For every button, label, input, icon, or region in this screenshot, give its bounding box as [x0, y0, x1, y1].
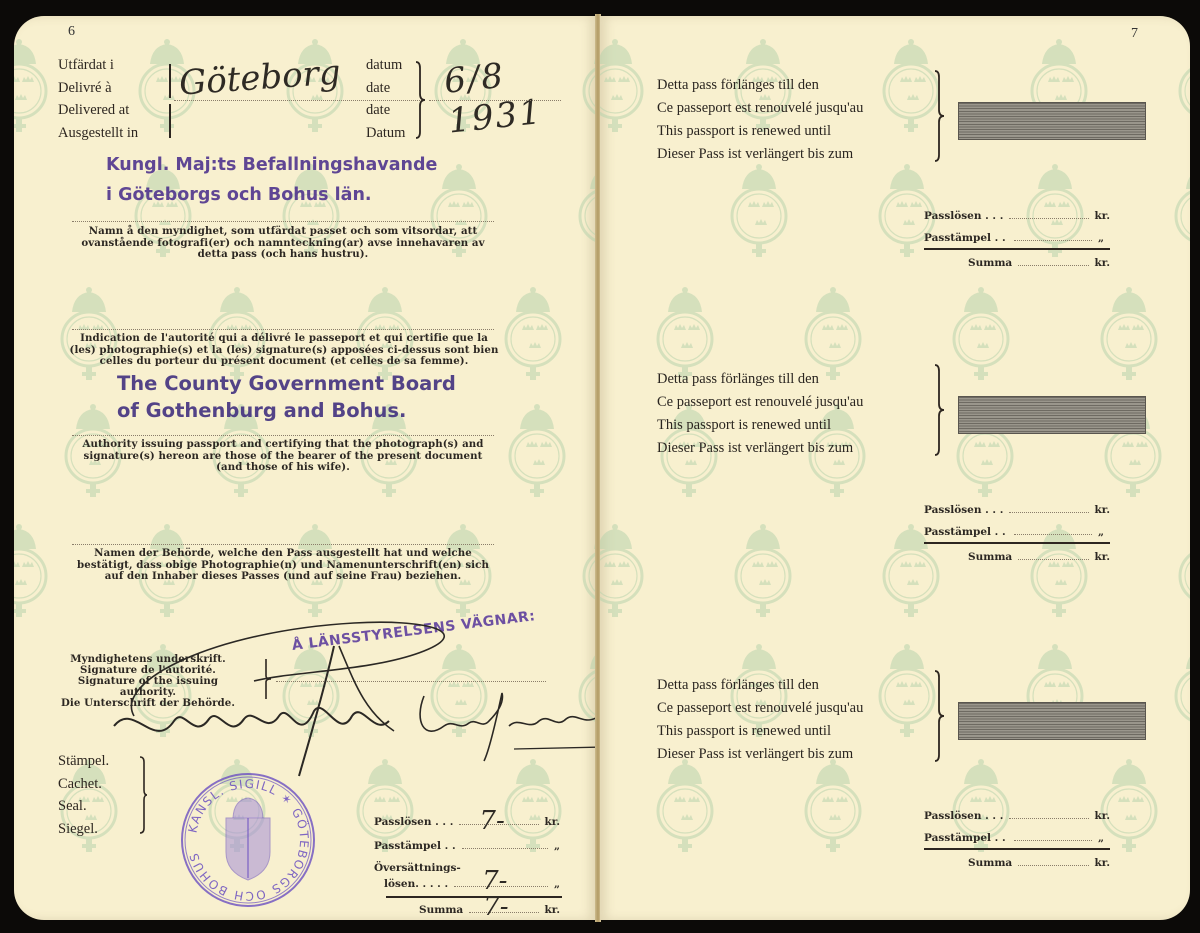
- fee-unit: „: [1098, 832, 1104, 844]
- fee-unit: kr.: [1095, 857, 1111, 869]
- page-number: 7: [1131, 26, 1138, 42]
- renewal-text: Detta pass förlänges till den Ce passepo…: [657, 74, 863, 166]
- crown-watermark-icon: [502, 401, 572, 511]
- fee-unit: kr.: [545, 904, 561, 916]
- caption-fr: Indication de l'autorité qui a délivré l…: [68, 333, 500, 368]
- dotted-line: [72, 329, 494, 330]
- fee-dots: [1009, 218, 1088, 219]
- date-label-en: date: [366, 99, 405, 122]
- fee-unit: kr.: [1095, 257, 1111, 269]
- fee-dots: [1014, 840, 1092, 841]
- fee-label: Passlösen . . .: [924, 810, 1003, 822]
- seal-label: Cachet.: [58, 773, 109, 796]
- fee-unit: „: [554, 878, 560, 890]
- sum-rule: [924, 248, 1110, 250]
- fee-label: Passlösen . . .: [374, 816, 453, 828]
- fee-dots: [1014, 534, 1092, 535]
- renewal-block-1: Detta pass förlänges till den Ce passepo…: [600, 74, 1190, 294]
- renewal-line-fr: Ce passeport est renouvelé jusqu'au: [657, 391, 863, 414]
- renewal-line-de: Dieser Pass ist verlängert bis zum: [657, 743, 863, 766]
- renewal-line-fr: Ce passeport est renouvelé jusqu'au: [657, 97, 863, 120]
- caption-de: Namen der Behörde, welche den Pass ausge…: [66, 548, 500, 583]
- fee-label: Passtämpel . .: [374, 840, 456, 852]
- fee-label: lösen. . . . .: [384, 878, 448, 890]
- fee-dots: [1018, 865, 1088, 866]
- fee-row-summa: Summa 7- kr.: [419, 904, 560, 916]
- stamp-line: of Gothenburg and Bohus.: [117, 397, 456, 424]
- renewal-brace: [933, 670, 945, 762]
- issued-label-de: Ausgestellt in: [58, 122, 138, 145]
- signature-2: Erik Åkerlund: [414, 706, 421, 707]
- fee-label: Summa: [419, 904, 463, 916]
- fee-row-passtampel: Passtämpel . . „: [374, 840, 560, 852]
- fee-dots: [1018, 559, 1088, 560]
- fee-dots: 7-: [459, 824, 538, 825]
- renewal-date-field[interactable]: [958, 102, 1146, 140]
- fee-row-passtampel: Passtämpel . . „: [924, 232, 1110, 244]
- authority-stamp-sv: Kungl. Maj:ts Befallningshavande i Göteb…: [106, 150, 437, 210]
- renewal-line-en: This passport is renewed until: [657, 120, 863, 143]
- fee-dots: [462, 848, 548, 849]
- fee-label-oversattning: Översättnings-: [374, 862, 461, 874]
- renewal-block-3: Detta pass förlänges till den Ce passepo…: [600, 674, 1190, 894]
- seal-labels: Stämpel. Cachet. Seal. Siegel.: [58, 750, 109, 840]
- renewal-line-sv: Detta pass förlänges till den: [657, 368, 863, 391]
- date-brace: [414, 60, 426, 140]
- sum-rule: [924, 848, 1110, 850]
- fee-unit: kr.: [1095, 551, 1111, 563]
- date-handwritten: 6/8 1931: [442, 46, 596, 141]
- renewal-line-de: Dieser Pass ist verlängert bis zum: [657, 437, 863, 460]
- fee-unit: kr.: [1095, 210, 1111, 222]
- fee-label: Summa: [968, 551, 1012, 563]
- fee-row-summa: Summa kr.: [968, 551, 1110, 563]
- renewal-line-sv: Detta pass förlänges till den: [657, 74, 863, 97]
- fee-label: Passlösen . . .: [924, 504, 1003, 516]
- fee-label: Passtämpel . .: [924, 832, 1006, 844]
- fee-row-oversattningslosen: lösen. . . . . 7- „: [384, 878, 560, 890]
- seal-label: Siegel.: [58, 818, 109, 841]
- crown-watermark-icon: [572, 161, 596, 271]
- renewal-text: Detta pass förlänges till den Ce passepo…: [657, 674, 863, 766]
- seal-label: Stämpel.: [58, 750, 109, 773]
- fee-dots: 7-: [454, 886, 548, 887]
- renewal-brace: [933, 364, 945, 456]
- page-number: 6: [68, 24, 75, 40]
- fee-unit: „: [554, 840, 560, 852]
- fee-dots: 7-: [469, 912, 538, 913]
- fee-label: Passtämpel . .: [924, 232, 1006, 244]
- fee-row-passlosen: Passlösen . . . kr.: [924, 210, 1110, 222]
- date-labels: datum date date Datum: [366, 54, 405, 144]
- fee-row-summa: Summa kr.: [968, 857, 1110, 869]
- fee-unit: kr.: [1095, 504, 1111, 516]
- renewal-line-fr: Ce passeport est renouvelé jusqu'au: [657, 697, 863, 720]
- stamp-line: Kungl. Maj:ts Befallningshavande: [106, 150, 437, 180]
- sum-rule: [386, 896, 562, 898]
- dotted-line: [72, 221, 494, 222]
- dotted-line: [72, 435, 494, 436]
- issued-place-handwritten: Göteborg: [178, 52, 342, 103]
- fee-label: Summa: [968, 257, 1012, 269]
- date-label-sv: datum: [366, 54, 405, 77]
- fee-row-passlosen: Passlösen . . . 7- kr.: [374, 816, 560, 828]
- official-seal: KANSL. SIGILL ✶ GÖTEBORGS OCH BOHUS: [178, 770, 318, 910]
- issued-label-en: Delivered at: [58, 99, 138, 122]
- renewal-block-2: Detta pass förlänges till den Ce passepo…: [600, 368, 1190, 588]
- seal-label: Seal.: [58, 795, 109, 818]
- fee-dots: [1018, 265, 1088, 266]
- issued-label-sv: Utfärdat i: [58, 54, 138, 77]
- renewal-line-en: This passport is renewed until: [657, 720, 863, 743]
- caption-en: Authority issuing passport and certifyin…: [72, 439, 494, 474]
- date-label-fr: date: [366, 77, 405, 100]
- fee-unit: „: [1098, 526, 1104, 538]
- fee-label: Summa: [968, 857, 1012, 869]
- crown-watermark-icon: [14, 521, 54, 631]
- renewal-line-de: Dieser Pass ist verlängert bis zum: [657, 143, 863, 166]
- stamp-line: The County Government Board: [117, 370, 456, 397]
- sum-rule: [924, 542, 1110, 544]
- fee-unit: kr.: [545, 816, 561, 828]
- left-page: 6 Utfärdat i Delivré à Delivered at Ausg…: [14, 16, 596, 920]
- renewal-date-field[interactable]: [958, 396, 1146, 434]
- dotted-line: [72, 544, 494, 545]
- bracket-bottom: [169, 104, 171, 138]
- issued-labels: Utfärdat i Delivré à Delivered at Ausges…: [58, 54, 138, 144]
- fee-value-handwritten: 7-: [479, 806, 504, 836]
- signature-ink: [94, 601, 596, 781]
- caption-sv: Namn å den myndighet, som utfärdat passe…: [72, 226, 494, 261]
- fee-row-passtampel: Passtämpel . . „: [924, 832, 1110, 844]
- dotted-line: [429, 100, 561, 101]
- fee-unit: kr.: [1095, 810, 1111, 822]
- fee-row-passlosen: Passlösen . . . kr.: [924, 810, 1110, 822]
- fee-value-handwritten: 7-: [483, 892, 508, 920]
- fee-label: Passtämpel . .: [924, 526, 1006, 538]
- renewal-date-field[interactable]: [958, 702, 1146, 740]
- renewal-text: Detta pass förlänges till den Ce passepo…: [657, 368, 863, 460]
- fee-row-passtampel: Passtämpel . . „: [924, 526, 1110, 538]
- right-page: 7 Detta pass förlänges till den Ce passe…: [600, 16, 1190, 920]
- fee-label: Passlösen . . .: [924, 210, 1003, 222]
- crown-watermark-icon: [14, 36, 54, 146]
- fee-unit: „: [1098, 232, 1104, 244]
- authority-stamp-en: The County Government Board of Gothenbur…: [117, 370, 456, 424]
- fee-dots: [1009, 512, 1088, 513]
- issued-label-fr: Delivré à: [58, 77, 138, 100]
- fee-dots: [1009, 818, 1088, 819]
- seal-brace: [138, 756, 148, 834]
- renewal-line-sv: Detta pass förlänges till den: [657, 674, 863, 697]
- fee-row-passlosen: Passlösen . . . kr.: [924, 504, 1110, 516]
- crown-watermark-icon: [498, 284, 568, 394]
- fee-dots: [1014, 240, 1092, 241]
- renewal-line-en: This passport is renewed until: [657, 414, 863, 437]
- bracket-top: [169, 64, 171, 98]
- renewal-brace: [933, 70, 945, 162]
- date-label-de: Datum: [366, 122, 405, 145]
- fee-row-summa: Summa kr.: [968, 257, 1110, 269]
- signature-1: Ragnar Bogren: [119, 706, 127, 707]
- stamp-line: i Göteborgs och Bohus län.: [106, 180, 437, 210]
